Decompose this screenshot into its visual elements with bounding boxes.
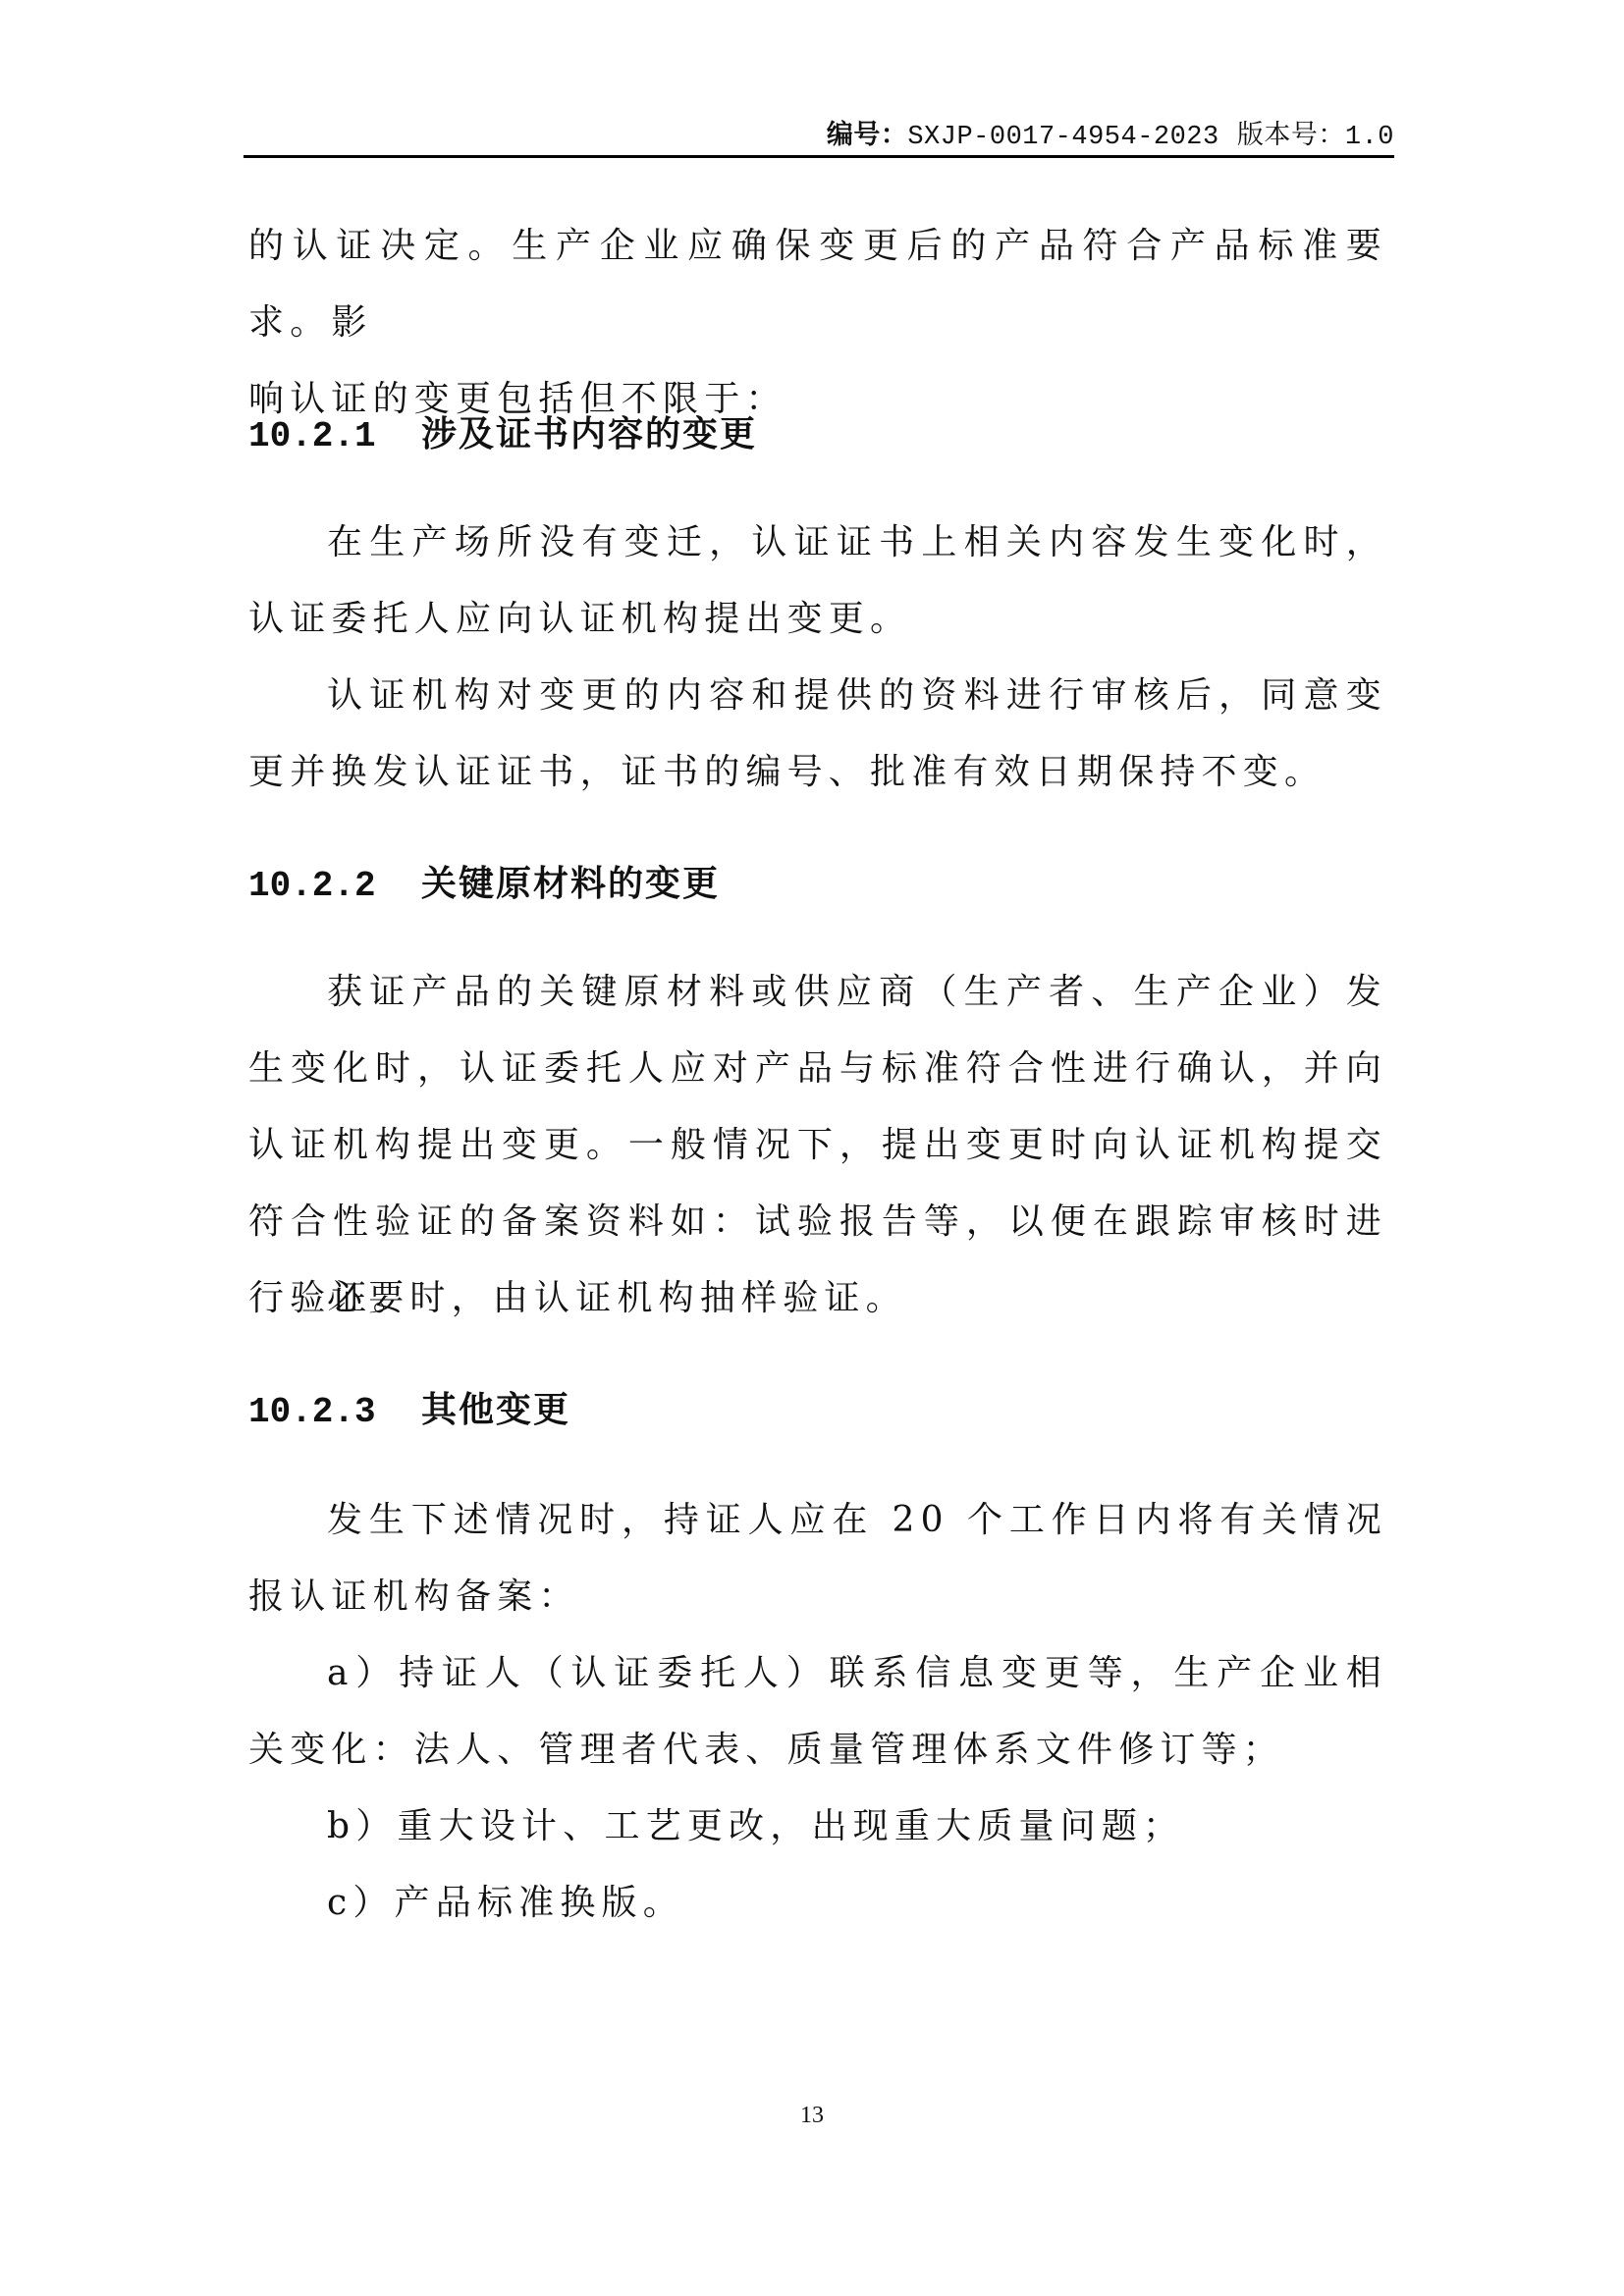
header-divider — [244, 155, 1394, 158]
list-item-b: b）重大设计、工艺更改，出现重大质量问题； — [248, 1789, 1387, 1865]
section-heading-10-2-1: 10.2.1涉及证书内容的变更 — [248, 410, 1387, 461]
page-number: 13 — [0, 2103, 1624, 2129]
doc-number-label: 编号： — [827, 120, 908, 150]
section-title: 关键原材料的变更 — [421, 864, 720, 904]
list-item-a: a）持证人（认证委托人）联系信息变更等，生产企业相关变化：法人、管理者代表、质量… — [248, 1635, 1387, 1789]
paragraph: 认证机构对变更的内容和提供的资料进行审核后，同意变更并换发认证证书，证书的编号、… — [248, 658, 1387, 811]
paragraph: 必要时，由认证机构抽样验证。 — [248, 1260, 1387, 1337]
section-heading-10-2-2: 10.2.2关键原材料的变更 — [248, 860, 1387, 911]
doc-number: SXJP-0017-4954-2023 — [907, 123, 1218, 152]
section-heading-10-2-3: 10.2.3其他变更 — [248, 1386, 1387, 1437]
list-item-c: c）产品标准换版。 — [248, 1865, 1387, 1942]
section-title: 涉及证书内容的变更 — [421, 414, 757, 454]
paragraph: 在生产场所没有变迁，认证证书上相关内容发生变化时，认证委托人应向认证机构提出变更… — [248, 505, 1387, 658]
version-number: 1.0 — [1345, 123, 1394, 152]
version-label: 版本号： — [1237, 120, 1345, 150]
document-header: 编号：SXJP-0017-4954-2023 版本号：1.0 — [244, 116, 1394, 159]
intro-paragraph: 的认证决定。生产企业应确保变更后的产品符合产品标准要求。影 响认证的变更包括但不… — [248, 208, 1387, 438]
paragraph: 发生下述情况时，持证人应在 20 个工作日内将有关情况报认证机构备案： — [248, 1482, 1387, 1635]
section-number: 10.2.1 — [248, 412, 421, 461]
section-number: 10.2.3 — [248, 1388, 421, 1437]
section-number: 10.2.2 — [248, 862, 421, 911]
section-title: 其他变更 — [421, 1390, 570, 1430]
intro-line-1: 的认证决定。生产企业应确保变更后的产品符合产品标准要求。影 — [248, 226, 1387, 343]
